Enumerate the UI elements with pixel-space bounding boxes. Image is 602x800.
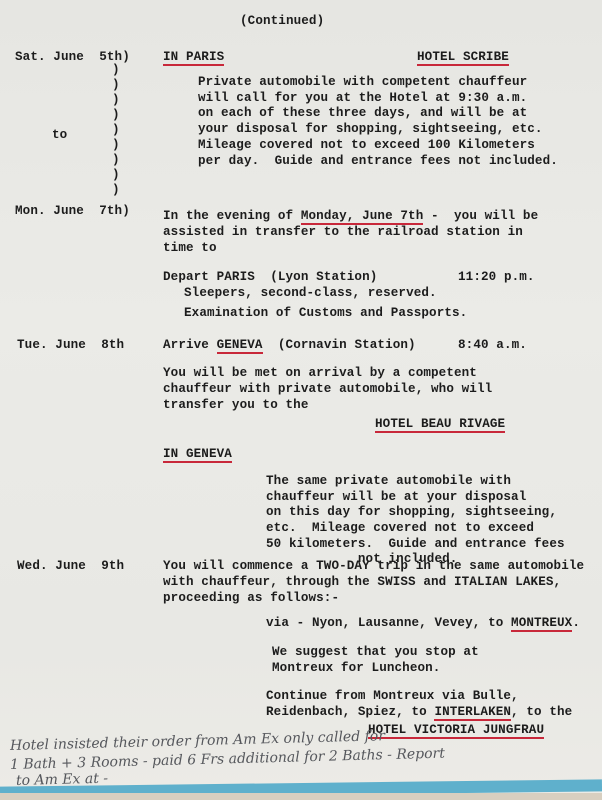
- date-tue: Tue. June 8th: [17, 338, 124, 354]
- geneva-detail-1: The same private automobile with: [266, 474, 511, 490]
- city-geneva: IN GENEVA: [163, 447, 232, 463]
- continued-header: (Continued): [240, 14, 324, 30]
- hotel-beau-rivage: HOTEL BEAU RIVAGE: [375, 417, 505, 433]
- sleepers: Sleepers, second-class, reserved.: [184, 286, 437, 302]
- arrive-time: 8:40 a.m.: [458, 338, 527, 354]
- paris-line-5: Mileage covered not to exceed 100 Kilome…: [198, 138, 535, 154]
- city-paris: IN PARIS: [163, 50, 224, 66]
- arrive-geneva: Arrive GENEVA (Cornavin Station): [163, 338, 416, 354]
- geneva-detail-4: etc. Mileage covered not to exceed: [266, 521, 534, 537]
- page-bottom-edge: [0, 793, 602, 800]
- geneva-detail-2: chauffeur will be at your disposal: [266, 490, 526, 506]
- geneva-line-1: You will be met on arrival by a competen…: [163, 366, 477, 382]
- geneva-line-3: transfer you to the: [163, 398, 309, 414]
- paris-line-6: per day. Guide and entrance fees not inc…: [198, 154, 558, 170]
- suggest-line-2: Montreux for Luncheon.: [272, 661, 440, 677]
- geneva-detail-5: 50 kilometers. Guide and entrance fees: [266, 537, 565, 553]
- geneva-line-2: chauffeur with private automobile, who w…: [163, 382, 492, 398]
- document-page: (Continued) Sat. June 5th) ) ) ) ) ) ) )…: [0, 0, 602, 800]
- trip-line-3: proceeding as follows:-: [163, 591, 339, 607]
- date-to: to: [52, 128, 67, 144]
- hotel-victoria-jungfrau: HOTEL VICTORIA JUNGFRAU: [368, 723, 544, 739]
- continue-line-2: Reidenbach, Spiez, to INTERLAKEN, to the: [266, 705, 572, 721]
- depart-time: 11:20 p.m.: [458, 270, 535, 286]
- trip-line-2: with chauffeur, through the SWISS and IT…: [163, 575, 561, 591]
- depart-paris: Depart PARIS (Lyon Station): [163, 270, 377, 286]
- suggest-line-1: We suggest that you stop at: [272, 645, 479, 661]
- evening-line-2: assisted in transfer to the railroad sta…: [163, 225, 523, 241]
- customs: Examination of Customs and Passports.: [184, 306, 467, 322]
- bracket-column: ) ) ) ) ) ) ) ) ): [112, 63, 120, 198]
- paris-line-4: your disposal for shopping, sightseeing,…: [198, 122, 543, 138]
- evening-line-1: In the evening of Monday, June 7th - you…: [163, 209, 538, 225]
- trip-line-1: You will commence a TWO-DAY trip in the …: [163, 559, 584, 575]
- via-line: via - Nyon, Lausanne, Vevey, to MONTREUX…: [266, 616, 580, 632]
- hotel-scribe: HOTEL SCRIBE: [417, 50, 509, 66]
- date-wed: Wed. June 9th: [17, 559, 124, 575]
- paris-line-3: on each of these three days, and will be…: [198, 106, 527, 122]
- paris-line-2: will call for you at the Hotel at 9:30 a…: [198, 91, 527, 107]
- paris-line-1: Private automobile with competent chauff…: [198, 75, 527, 91]
- continue-line-1: Continue from Montreux via Bulle,: [266, 689, 519, 705]
- geneva-detail-3: on this day for shopping, sightseeing,: [266, 505, 557, 521]
- date-end: Mon. June 7th): [15, 204, 130, 220]
- evening-line-3: time to: [163, 241, 217, 257]
